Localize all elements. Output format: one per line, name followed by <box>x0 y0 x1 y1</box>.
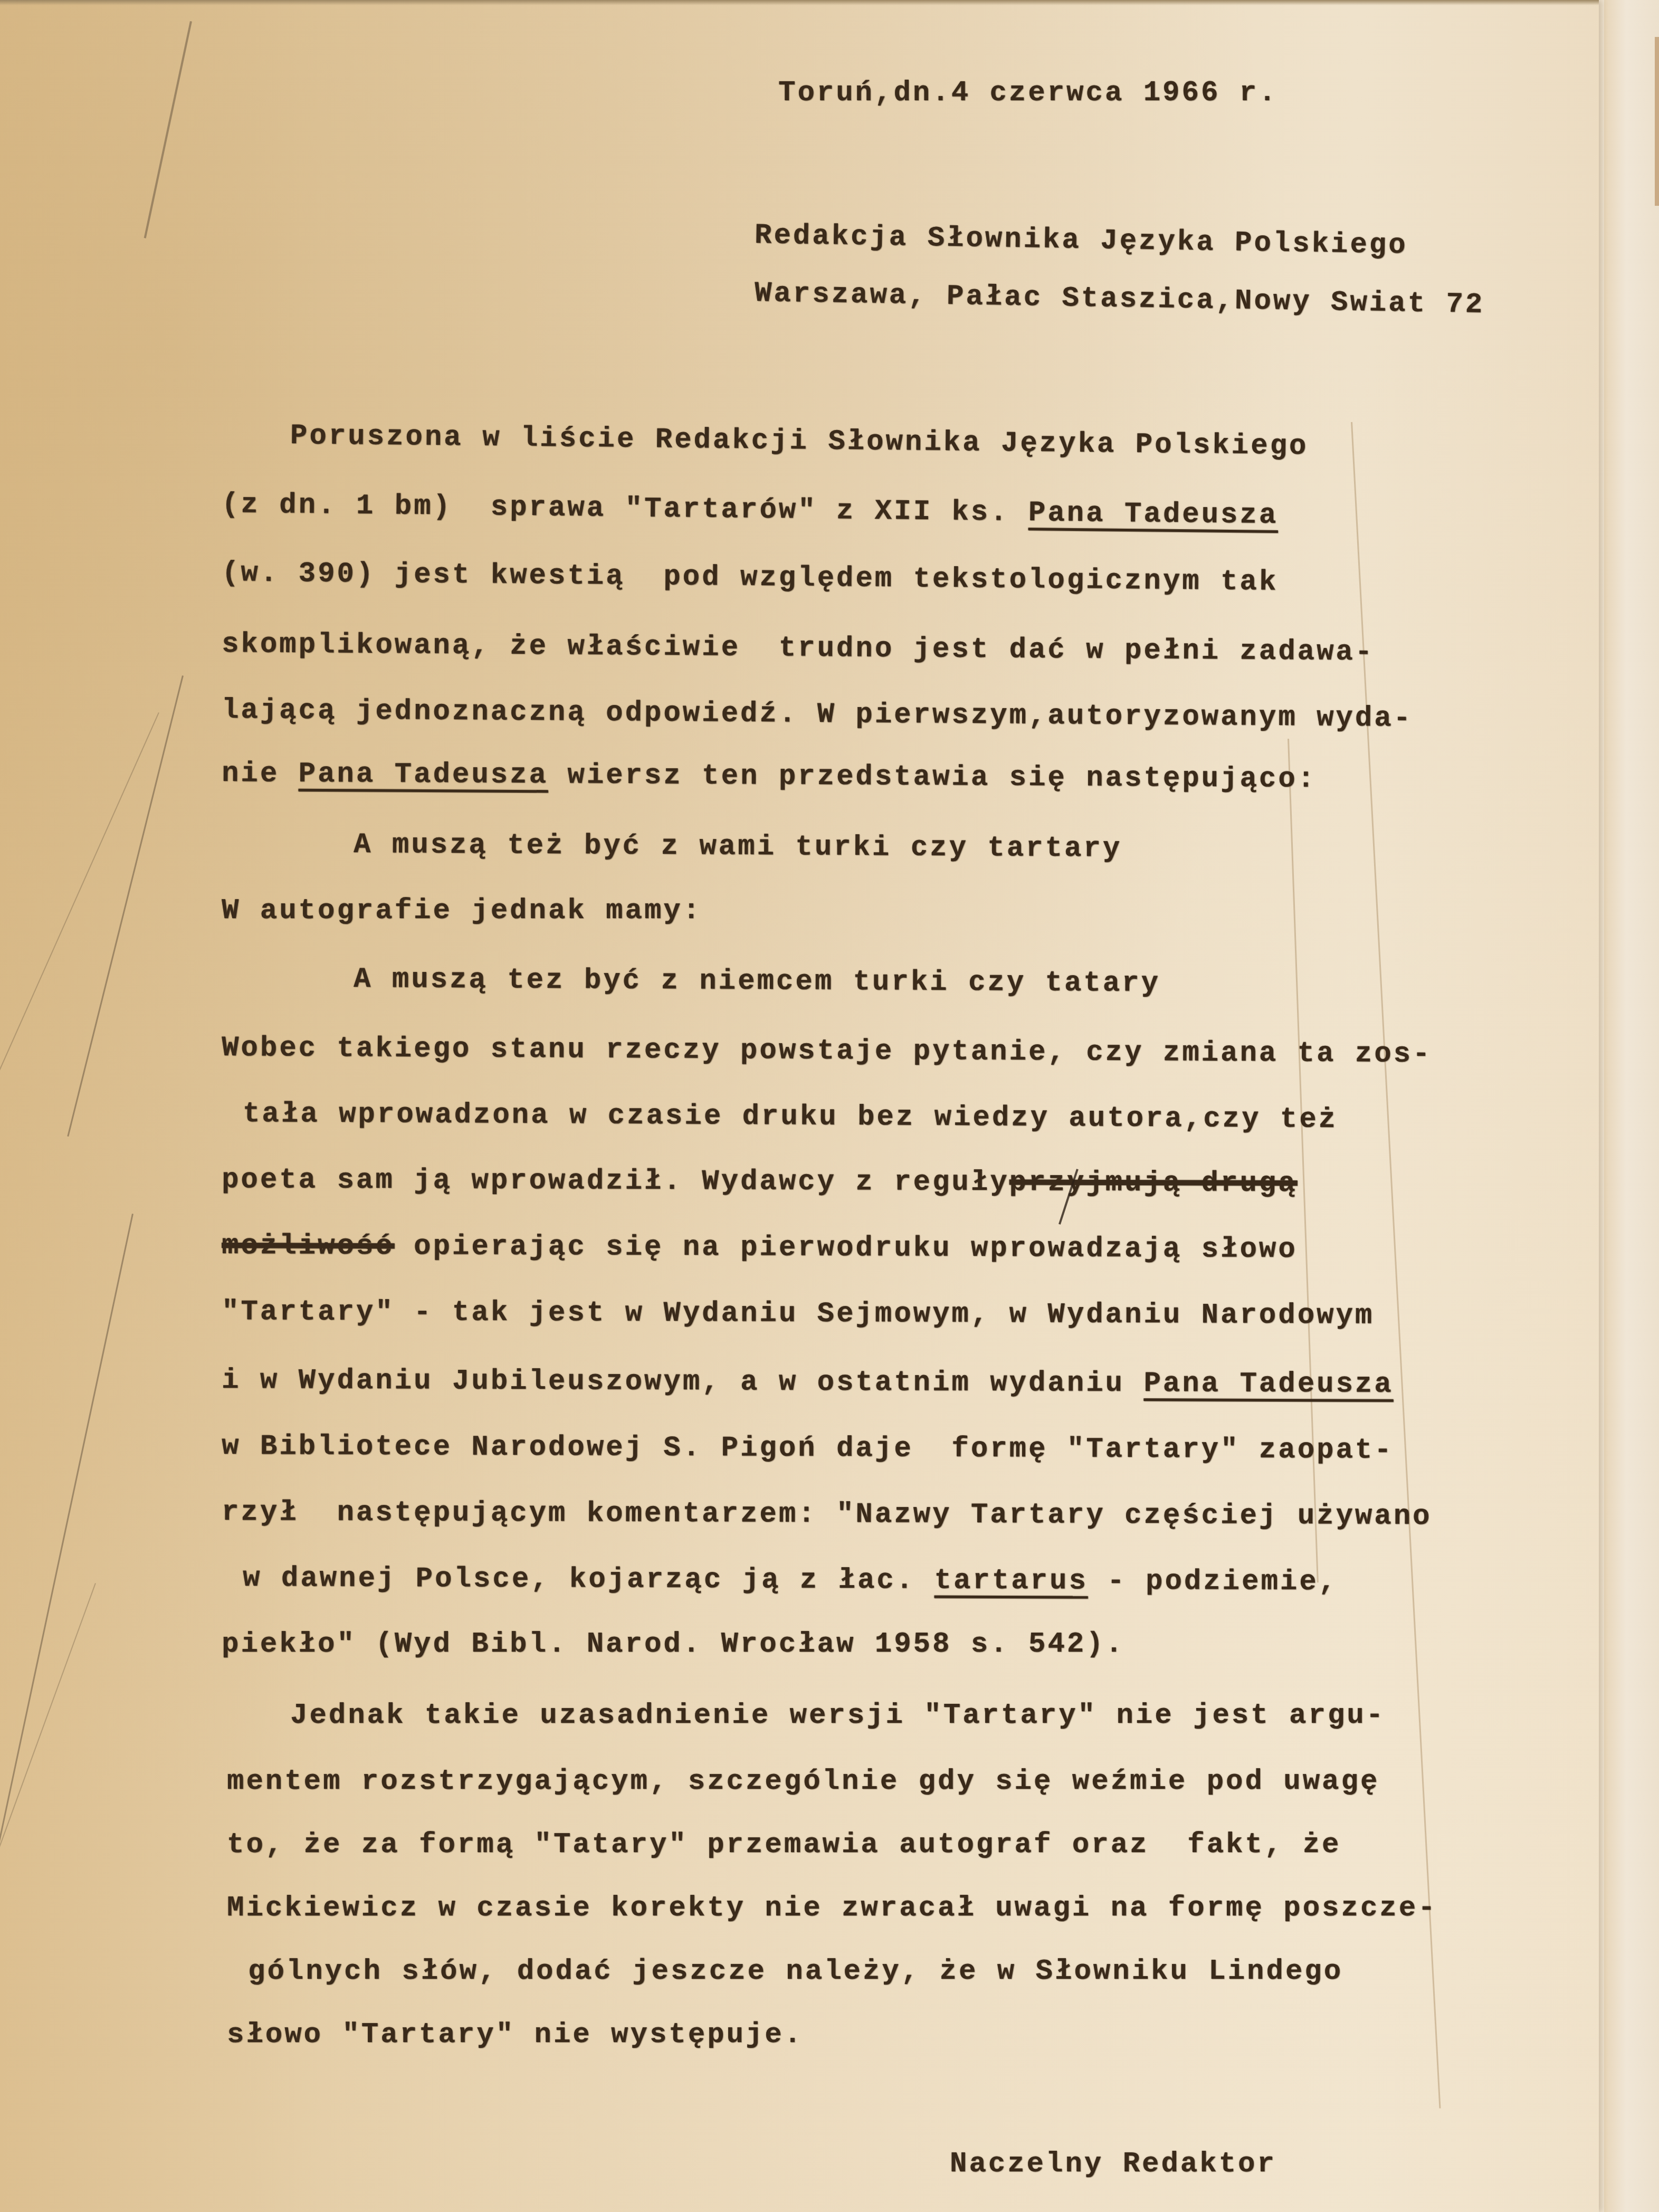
body-text: wiersz ten przedstawia się następująco: <box>548 759 1317 796</box>
body-line: gólnych słów, dodać jeszcze należy, że w… <box>248 1958 1343 1986</box>
letter-sheet: Toruń,dn.4 czerwca 1966 r. Redakcja Słow… <box>0 0 1599 2212</box>
body-line: lającą jednoznaczną odpowiedź. W pierwsz… <box>222 697 1413 733</box>
body-line: w Bibliotece Narodowej S. Pigoń daje for… <box>222 1433 1394 1465</box>
letter-date: Toruń,dn.4 czerwca 1966 r. <box>778 79 1278 108</box>
quoted-verse-autograph: A muszą tez być z niemcem turki czy tata… <box>354 966 1160 998</box>
pencil-mark <box>144 21 192 239</box>
sheet-top-edge <box>0 0 1599 5</box>
body-line: Mickiewicz w czasie korekty nie zwracał … <box>227 1894 1437 1923</box>
pencil-mark <box>0 1583 96 2029</box>
body-line: (z dn. 1 bm) sprawa "Tartarów" z XII ks.… <box>222 491 1279 530</box>
body-line: w dawnej Polsce, kojarząc ją z łac. tart… <box>243 1565 1338 1597</box>
body-text: w dawnej Polsce, kojarząc ją z łac. <box>243 1562 935 1597</box>
body-line: poeta sam ją wprowadził. Wydawcy z reguł… <box>222 1166 1298 1198</box>
body-line: Jednak takie uzasadnienie wersji "Tartar… <box>290 1702 1385 1730</box>
recipient-line-1: Redakcja Słownika Języka Polskiego <box>755 222 1408 260</box>
pencil-mark <box>0 712 159 1243</box>
body-line: tała wprowadzona w czasie druku bez wied… <box>243 1100 1338 1134</box>
body-line: Wobec takiego stanu rzeczy powstaje pyta… <box>222 1034 1432 1069</box>
struck-out-text: możliwość <box>222 1230 395 1263</box>
body-line: i w Wydaniu Jubileuszowym, a w ostatnim … <box>222 1367 1394 1399</box>
body-text: (z dn. 1 bm) sprawa "Tartarów" z XII ks. <box>222 489 1029 529</box>
body-line: to, że za formą "Tatary" przemawia autog… <box>227 1831 1341 1860</box>
body-line: mentem rozstrzygającym, szczególnie gdy … <box>227 1768 1379 1796</box>
body-line: skomplikowaną, że właściwie trudno jest … <box>222 631 1375 667</box>
body-text: - podziemie, <box>1088 1566 1338 1599</box>
pencil-mark <box>0 1214 134 1988</box>
body-text: nie <box>222 758 299 790</box>
body-line: słowo "Tartary" nie występuje. <box>227 2021 803 2049</box>
body-text: i w Wydaniu Jubileuszowym, a w ostatnim … <box>222 1365 1144 1400</box>
body-text: poeta sam ją wprowadził. Wydawcy z reguł… <box>222 1164 1009 1199</box>
signature-title: Naczelny Redaktor <box>950 2150 1276 2179</box>
quoted-verse-first-edition: A muszą też być z wami turki czy tartary <box>354 831 1122 864</box>
pencil-mark <box>67 675 184 1137</box>
body-line: piekło" (Wyd Bibl. Narod. Wrocław 1958 s… <box>222 1631 1124 1659</box>
body-line: Poruszona w liście Redakcji Słownika Jęz… <box>290 422 1309 461</box>
struck-out-text: przyjmują drugą <box>1009 1167 1298 1200</box>
body-line: W autografie jednak mamy: <box>222 897 702 926</box>
recipient-line-2: Warszawa, Pałac Staszica,Nowy Swiat 72 <box>755 280 1485 320</box>
title-pan-tadeusz: Pana Tadeusza <box>1143 1368 1393 1401</box>
title-pan-tadeusz: Pana Tadeusza <box>298 758 548 792</box>
body-line: "Tartary" - tak jest w Wydaniu Sejmowym,… <box>222 1298 1375 1331</box>
paper-crease <box>1351 422 1441 2109</box>
underlying-page-edge <box>1604 0 1659 2212</box>
body-line: nie Pana Tadeusza wiersz ten przedstawia… <box>222 760 1317 794</box>
title-pan-tadeusz: Pana Tadeusza <box>1028 497 1279 532</box>
body-line: możliwość opierając się na pierwodruku w… <box>222 1232 1298 1264</box>
body-line: rzył następującym komentarzem: "Nazwy Ta… <box>222 1499 1432 1531</box>
body-line: (w. 390) jest kwestią pod względem tekst… <box>222 559 1279 597</box>
body-text: opierając się na pierwodruku wprowadzają… <box>395 1231 1298 1266</box>
latin-word: tartarus <box>934 1565 1088 1598</box>
